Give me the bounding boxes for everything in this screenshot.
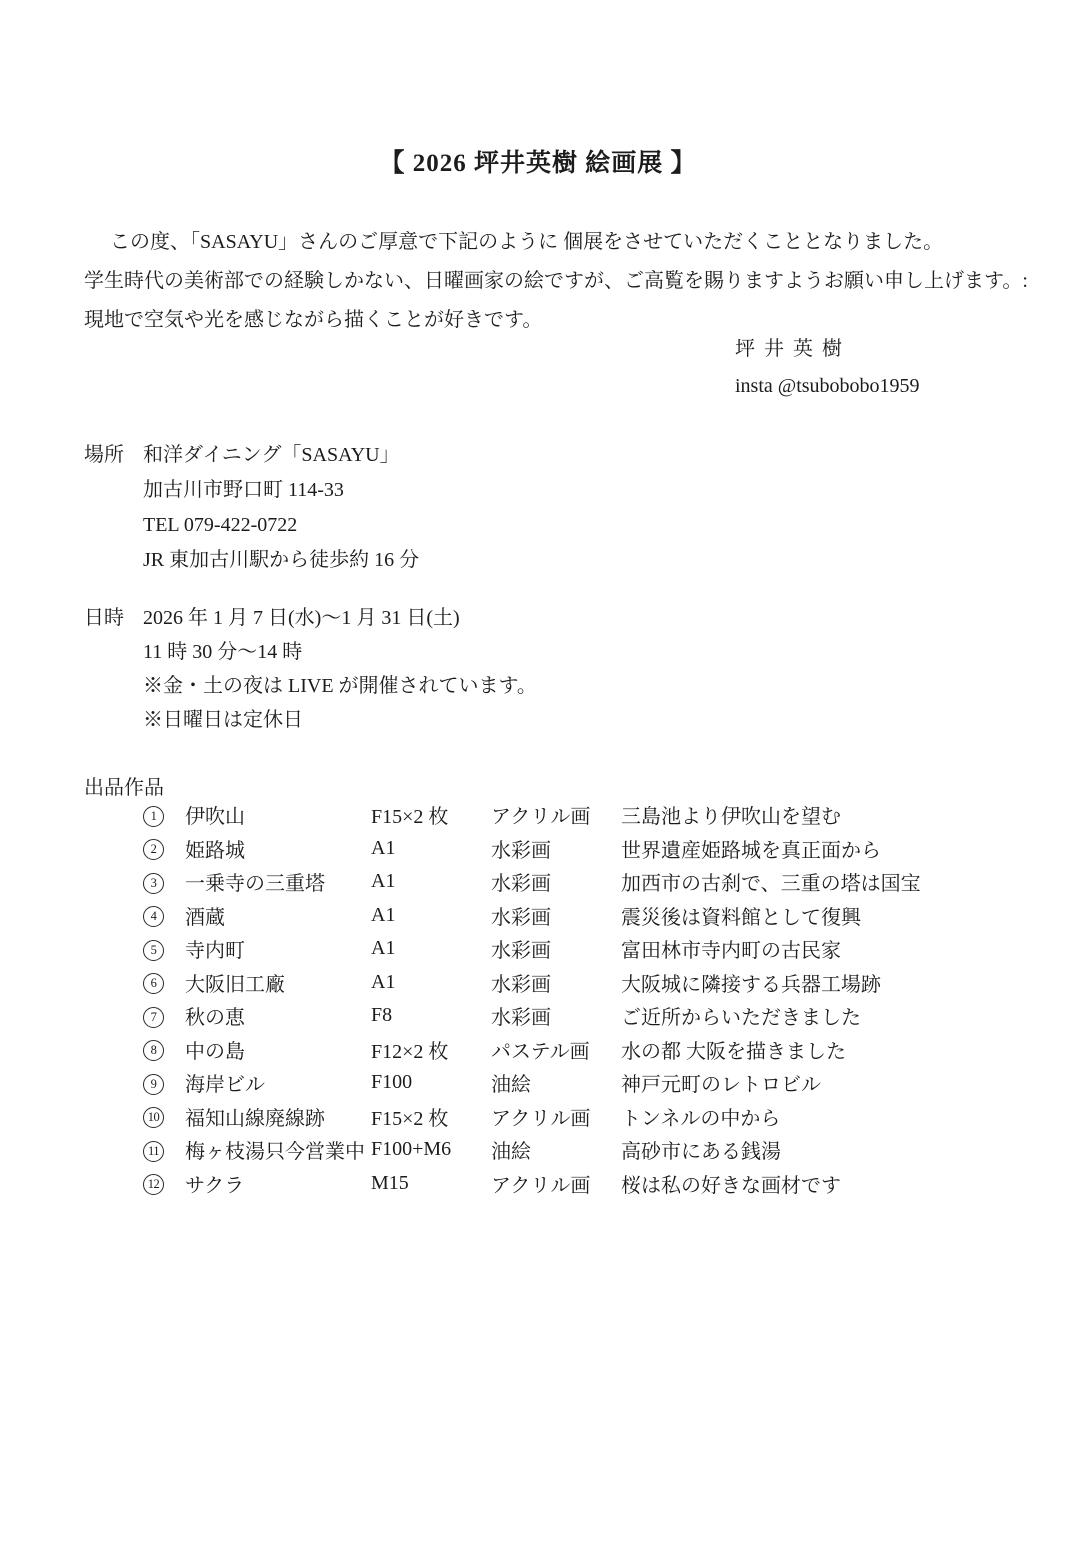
work-size: F100+M6 <box>371 1138 491 1161</box>
venue-name: 和洋ダイニング「SASAYU」 <box>143 438 419 473</box>
work-title: 姫路城 <box>185 834 371 863</box>
work-note: 水の都 大阪を描きました <box>621 1035 1036 1064</box>
work-title: 中の島 <box>185 1035 371 1064</box>
work-note: 富田林市寺内町の古民家 <box>621 934 1036 963</box>
work-title: 海岸ビル <box>185 1068 371 1097</box>
work-medium: アクリル画 <box>491 1102 621 1131</box>
work-note: 三島池より伊吹山を望む <box>621 800 1036 829</box>
work-number: 10 <box>143 1107 164 1128</box>
work-note: トンネルの中から <box>621 1102 1036 1131</box>
work-number: 4 <box>143 906 164 927</box>
work-number: 2 <box>143 839 164 860</box>
work-size: A1 <box>371 837 491 860</box>
venue-address: 加古川市野口町 114-33 <box>143 473 419 508</box>
schedule-section: 日時 2026 年 1 月 7 日(水)～1 月 31 日(土) 11 時 30… <box>84 601 537 737</box>
work-number: 1 <box>143 806 164 827</box>
work-medium: 水彩画 <box>491 901 621 930</box>
work-row: 4 酒蔵 A1 水彩画 震災後は資料館として復興 <box>143 899 1036 933</box>
work-row: 11 梅ヶ枝湯只今営業中 F100+M6 油絵 高砂市にある銭湯 <box>143 1133 1036 1167</box>
work-medium: 水彩画 <box>491 834 621 863</box>
work-number: 7 <box>143 1007 164 1028</box>
work-medium: 水彩画 <box>491 867 621 896</box>
work-note: 高砂市にある銭湯 <box>621 1135 1036 1164</box>
work-title: 酒蔵 <box>185 901 371 930</box>
work-note: 神戸元町のレトロビル <box>621 1068 1036 1097</box>
works-table: 1 伊吹山 F15×2 枚 アクリル画 三島池より伊吹山を望む 2 姫路城 A1… <box>143 798 1036 1200</box>
work-size: A1 <box>371 870 491 893</box>
schedule-label: 日時 <box>84 601 143 737</box>
work-row: 7 秋の恵 F8 水彩画 ご近所からいただきました <box>143 999 1036 1033</box>
intro-line-1: この度、「SASAYU」さんのご厚意で下記のように 個展をさせていただくこととな… <box>84 223 1000 262</box>
work-note: 桜は私の好きな画材です <box>621 1169 1036 1198</box>
work-row: 3 一乗寺の三重塔 A1 水彩画 加西市の古刹で、三重の塔は国宝 <box>143 865 1036 899</box>
intro-line-2: 学生時代の美術部での経験しかない、日曜画家の絵ですが、ご高覧を賜りますようお願い… <box>84 262 1000 301</box>
work-row: 8 中の島 F12×2 枚 パステル画 水の都 大阪を描きました <box>143 1033 1036 1067</box>
work-title: 伊吹山 <box>185 800 371 829</box>
instagram-handle: insta @tsubobobo1959 <box>735 368 920 405</box>
work-size: F100 <box>371 1071 491 1094</box>
work-note: ご近所からいただきました <box>621 1001 1036 1030</box>
work-number: 5 <box>143 940 164 961</box>
work-title: 福知山線廃線跡 <box>185 1102 371 1131</box>
work-note: 加西市の古刹で、三重の塔は国宝 <box>621 867 1036 896</box>
work-row: 2 姫路城 A1 水彩画 世界遺産姫路城を真正面から <box>143 832 1036 866</box>
intro-paragraph: この度、「SASAYU」さんのご厚意で下記のように 個展をさせていただくこととな… <box>84 223 1000 340</box>
work-note: 大阪城に隣接する兵器工場跡 <box>621 968 1036 997</box>
venue-label: 場所 <box>84 438 143 578</box>
work-medium: アクリル画 <box>491 1169 621 1198</box>
work-size: F8 <box>371 1004 491 1027</box>
work-size: F12×2 枚 <box>371 1035 491 1064</box>
work-row: 10 福知山線廃線跡 F15×2 枚 アクリル画 トンネルの中から <box>143 1100 1036 1134</box>
work-number: 9 <box>143 1074 164 1095</box>
work-medium: パステル画 <box>491 1035 621 1064</box>
works-heading: 出品作品 <box>84 776 164 800</box>
work-row: 9 海岸ビル F100 油絵 神戸元町のレトロビル <box>143 1066 1036 1100</box>
work-medium: アクリル画 <box>491 800 621 829</box>
venue-access: JR 東加古川駅から徒歩約 16 分 <box>143 543 419 578</box>
work-size: A1 <box>371 971 491 994</box>
work-number: 6 <box>143 973 164 994</box>
work-number: 8 <box>143 1040 164 1061</box>
work-title: 寺内町 <box>185 934 371 963</box>
work-number: 12 <box>143 1174 164 1195</box>
schedule-live-note: ※金・土の夜は LIVE が開催されています。 <box>143 669 537 703</box>
work-medium: 油絵 <box>491 1135 621 1164</box>
work-size: A1 <box>371 937 491 960</box>
work-title: 秋の恵 <box>185 1001 371 1030</box>
page-title: 【 2026 坪井英樹 絵画展 】 <box>0 143 1076 179</box>
work-medium: 水彩画 <box>491 968 621 997</box>
work-title: 梅ヶ枝湯只今営業中 <box>185 1135 371 1164</box>
document-page: 【 2026 坪井英樹 絵画展 】 この度、「SASAYU」さんのご厚意で下記の… <box>0 0 1076 1554</box>
venue-details: 和洋ダイニング「SASAYU」 加古川市野口町 114-33 TEL 079-4… <box>143 438 419 578</box>
venue-section: 場所 和洋ダイニング「SASAYU」 加古川市野口町 114-33 TEL 07… <box>84 438 419 578</box>
work-size: A1 <box>371 904 491 927</box>
schedule-dates: 2026 年 1 月 7 日(水)～1 月 31 日(土) <box>143 601 537 635</box>
schedule-details: 2026 年 1 月 7 日(水)～1 月 31 日(土) 11 時 30 分～… <box>143 601 537 737</box>
artist-name: 坪 井 英 樹 <box>735 331 920 368</box>
work-number: 3 <box>143 873 164 894</box>
schedule-closed-note: ※日曜日は定休日 <box>143 703 537 737</box>
work-title: 一乗寺の三重塔 <box>185 867 371 896</box>
work-size: F15×2 枚 <box>371 1102 491 1131</box>
venue-tel: TEL 079-422-0722 <box>143 508 419 543</box>
work-row: 1 伊吹山 F15×2 枚 アクリル画 三島池より伊吹山を望む <box>143 798 1036 832</box>
work-row: 6 大阪旧工廠 A1 水彩画 大阪城に隣接する兵器工場跡 <box>143 966 1036 1000</box>
work-note: 震災後は資料館として復興 <box>621 901 1036 930</box>
work-row: 12 サクラ M15 アクリル画 桜は私の好きな画材です <box>143 1167 1036 1201</box>
work-size: F15×2 枚 <box>371 800 491 829</box>
work-size: M15 <box>371 1172 491 1195</box>
work-medium: 水彩画 <box>491 1001 621 1030</box>
work-number: 11 <box>143 1141 164 1162</box>
work-note: 世界遺産姫路城を真正面から <box>621 834 1036 863</box>
work-medium: 油絵 <box>491 1068 621 1097</box>
work-title: 大阪旧工廠 <box>185 968 371 997</box>
work-medium: 水彩画 <box>491 934 621 963</box>
work-row: 5 寺内町 A1 水彩画 富田林市寺内町の古民家 <box>143 932 1036 966</box>
work-title: サクラ <box>185 1169 371 1198</box>
signature-block: 坪 井 英 樹 insta @tsubobobo1959 <box>735 331 920 405</box>
schedule-hours: 11 時 30 分～14 時 <box>143 635 537 669</box>
